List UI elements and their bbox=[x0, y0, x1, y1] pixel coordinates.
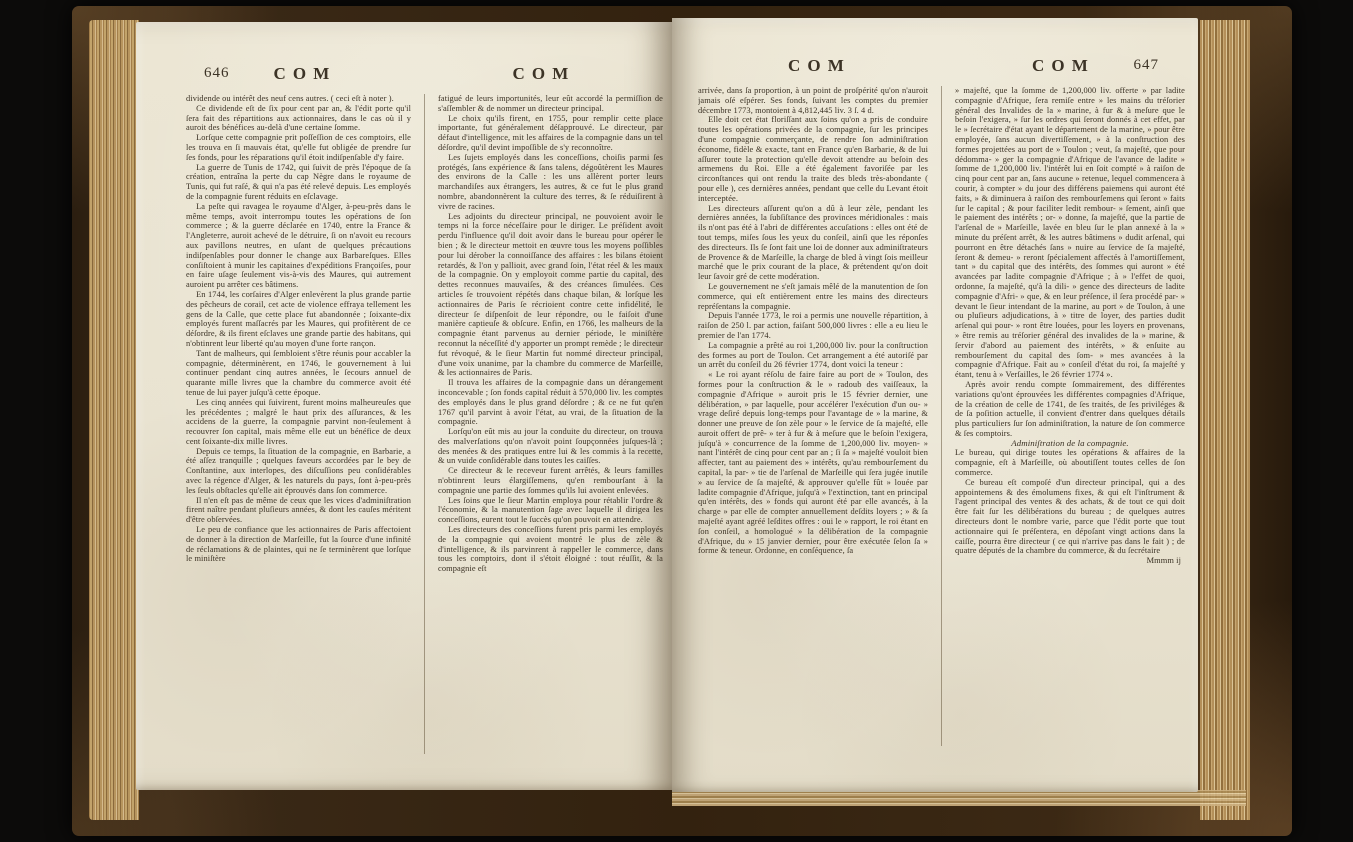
paragraph: Les ſujets employés dans les conceſſions… bbox=[438, 153, 663, 212]
section-heading-administration: Adminiſtration de la compagnie. bbox=[955, 439, 1185, 449]
paragraph: Les ſoins que le ſieur Martin employa po… bbox=[438, 496, 663, 525]
paragraph: Il trouva les affaires de la compagnie d… bbox=[438, 378, 663, 427]
printer-signature-mark: Mmmm ij bbox=[955, 556, 1185, 566]
page-tail-edge-bottom bbox=[672, 790, 1246, 806]
paragraph: Ce dividende eſt de ſix pour cent par an… bbox=[186, 104, 411, 133]
paragraph: Lorſqu'on eût mis au jour la conduite du… bbox=[438, 427, 663, 466]
right-page-column-1: arrivée, dans ſa proportion, à un point … bbox=[698, 86, 941, 746]
running-head-com-1: COM bbox=[186, 64, 424, 84]
left-page-text-block: dividende ou intérêt des neuf cens autre… bbox=[186, 94, 663, 754]
left-page-column-2: fatigué de leurs importunités, leur eût … bbox=[424, 94, 663, 754]
paragraph: Les directeurs aſſurent qu'on a dû à leu… bbox=[698, 204, 928, 282]
paragraph: Depuis ce temps, la ſituation de la comp… bbox=[186, 447, 411, 496]
right-page-header: COM COM 647 bbox=[698, 56, 1185, 82]
paragraph: Les cinq années qui ſuivirent, furent mo… bbox=[186, 398, 411, 447]
paragraph: » majeſté, que la ſomme de 1,200,000 liv… bbox=[955, 86, 1185, 380]
paragraph: Ce bureau eſt compoſé d'un directeur pri… bbox=[955, 478, 1185, 556]
left-page-column-1: dividende ou intérêt des neuf cens autre… bbox=[186, 94, 424, 754]
paragraph: Elle doit cet état floriſſant aux ſoins … bbox=[698, 115, 928, 203]
right-page-column-2: » majeſté, que la ſomme de 1,200,000 liv… bbox=[941, 86, 1185, 746]
photograph-of-open-book: { "scene": { "background_color": "#0c0b0… bbox=[0, 0, 1353, 842]
paragraph: Les directeurs des conceſſions furent pr… bbox=[438, 525, 663, 574]
paragraph: Après avoir rendu compte ſommairement, d… bbox=[955, 380, 1185, 439]
running-head-com-2: COM bbox=[425, 64, 663, 84]
paragraph: arrivée, dans ſa proportion, à un point … bbox=[698, 86, 928, 115]
page-number-647: 647 bbox=[1134, 57, 1160, 74]
paragraph: La peſte qui ravagea le royaume d'Alger,… bbox=[186, 202, 411, 290]
paragraph: Le choix qu'ils firent, en 1755, pour re… bbox=[438, 114, 663, 153]
paragraph: En 1744, les corſaires d'Alger enlevèren… bbox=[186, 290, 411, 349]
arret-quotation-continuation: » majeſté, que la ſomme de 1,200,000 liv… bbox=[955, 86, 1185, 439]
running-head-com-3: COM bbox=[698, 56, 941, 76]
paragraph: Le peu de confiance que les actionnaires… bbox=[186, 525, 411, 564]
left-page: 646 COM COM dividende ou intérêt des neu… bbox=[136, 22, 672, 790]
paragraph: Tant de malheurs, qui ſembloient s'être … bbox=[186, 349, 411, 398]
left-page-header: 646 COM COM bbox=[186, 64, 663, 90]
paragraph: dividende ou intérêt des neuf cens autre… bbox=[186, 94, 411, 104]
paragraph: Depuis l'année 1773, le roi a permis une… bbox=[698, 311, 928, 340]
paragraph: Le bureau, qui dirige toutes les opérati… bbox=[955, 448, 1185, 477]
book-cover-leather: 646 COM COM dividende ou intérêt des neu… bbox=[72, 6, 1292, 836]
paragraph: Les adjoints du directeur principal, ne … bbox=[438, 212, 663, 379]
administration-paragraphs: Le bureau, qui dirige toutes les opérati… bbox=[955, 448, 1185, 556]
paragraph: Ce directeur & le receveur furent arrêté… bbox=[438, 466, 663, 495]
right-page-text-block: arrivée, dans ſa proportion, à un point … bbox=[698, 86, 1185, 746]
paragraph: La guerre de Tunis de 1742, qui ſuivit d… bbox=[186, 163, 411, 202]
paragraph: Lorſque cette compagnie prit poſſeſſion … bbox=[186, 133, 411, 162]
paragraph: fatigué de leurs importunités, leur eût … bbox=[438, 94, 663, 114]
page-fore-edge-right bbox=[1200, 20, 1250, 820]
paragraph: Il n'en eſt pas de même de ceux que les … bbox=[186, 496, 411, 525]
page-fore-edge-left bbox=[89, 20, 139, 820]
right-page: COM COM 647 arrivée, dans ſa proportion,… bbox=[672, 18, 1198, 792]
paragraph: « Le roi ayant réſolu de faire faire au … bbox=[698, 370, 928, 556]
paragraph: La compagnie a prêté au roi 1,200,000 li… bbox=[698, 341, 928, 370]
paragraph: Le gouvernement ne s'eſt jamais mêlé de … bbox=[698, 282, 928, 311]
